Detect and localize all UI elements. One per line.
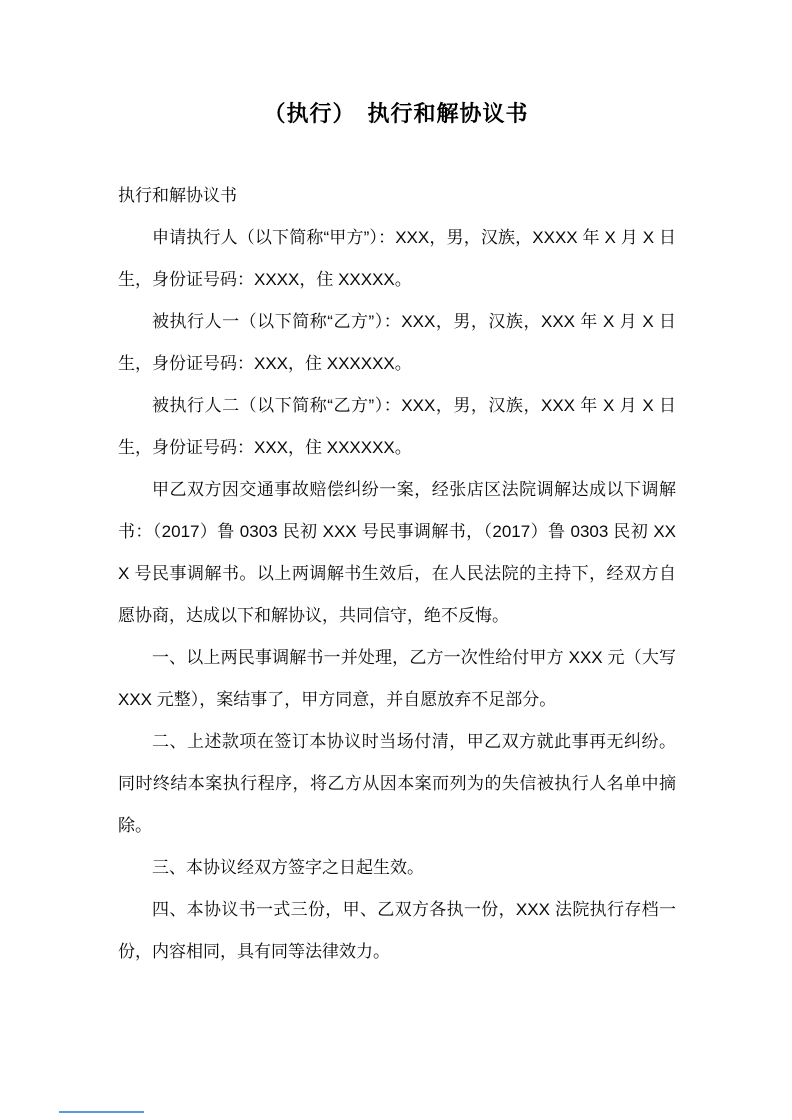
clause-four: 四、本协议书一式三份，甲、乙双方各执一份，XXX 法院执行存档一份，内容相同，具…	[118, 889, 676, 973]
document-title: （执行） 执行和解协议书	[0, 97, 792, 128]
document-page: （执行） 执行和解协议书 执行和解协议书 申请执行人（以下简称“甲方”）：XXX…	[0, 0, 792, 1120]
accent-line	[59, 1111, 144, 1113]
para-respondent-two: 被执行人二（以下简称“乙方”）：XXX，男，汉族，XXX 年 X 月 X 日生，…	[118, 385, 676, 469]
clause-two: 二、上述款项在签订本协议时当场付清，甲乙双方就此事再无纠纷。同时终结本案执行程序…	[118, 721, 676, 847]
document-body: 执行和解协议书 申请执行人（以下简称“甲方”）：XXX，男，汉族，XXXX 年 …	[118, 175, 676, 973]
document-heading: 执行和解协议书	[118, 175, 676, 217]
para-applicant: 申请执行人（以下简称“甲方”）：XXX，男，汉族，XXXX 年 X 月 X 日生…	[118, 217, 676, 301]
clause-three: 三、本协议经双方签字之日起生效。	[118, 847, 676, 889]
para-case-background: 甲乙双方因交通事故赔偿纠纷一案，经张店区法院调解达成以下调解书：（2017）鲁 …	[118, 469, 676, 637]
clause-one: 一、以上两民事调解书一并处理，乙方一次性给付甲方 XXX 元（大写 XXX 元整…	[118, 637, 676, 721]
para-respondent-one: 被执行人一（以下简称“乙方”）：XXX，男，汉族，XXX 年 X 月 X 日生，…	[118, 301, 676, 385]
